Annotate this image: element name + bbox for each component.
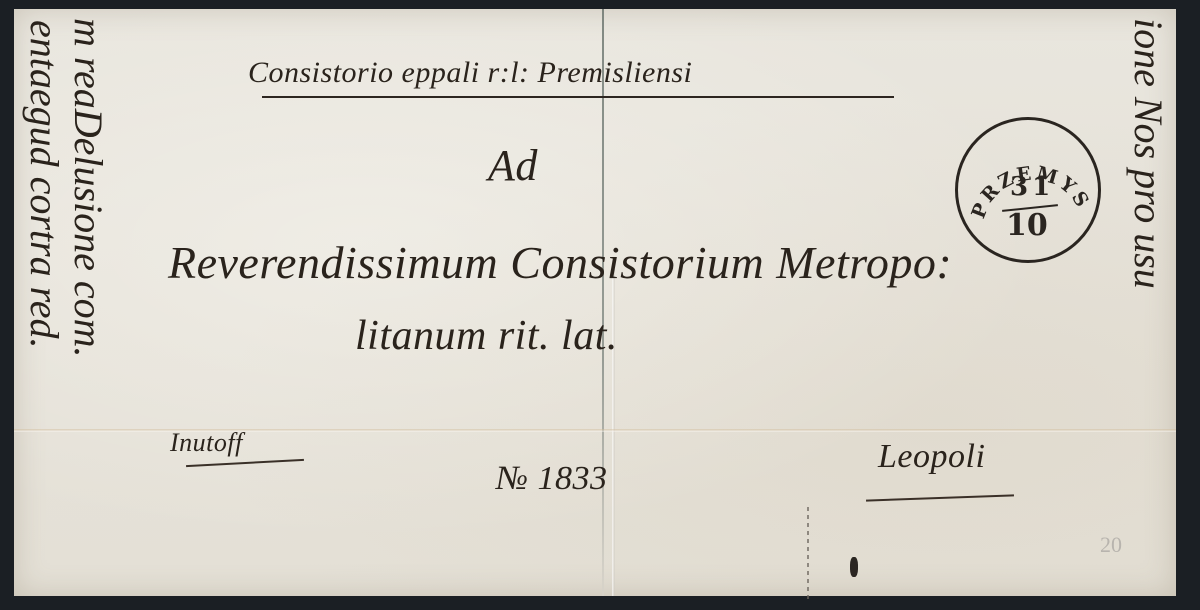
paper-tear <box>807 507 809 603</box>
document-number: № 1833 <box>496 460 608 498</box>
postmark-day: 31 <box>1010 172 1054 202</box>
sender-line: Consistorio eppali r:l: Premisliensi <box>248 56 692 90</box>
destination: Leopoli <box>878 438 985 476</box>
margin-text-left-2: entaegud cortra red. <box>21 20 68 348</box>
margin-text-left-1: m reaDelusione com. <box>65 18 112 358</box>
pencil-note: 20 <box>1100 532 1122 558</box>
salutation: Ad <box>488 140 538 191</box>
margin-text-right: ione Nos pro usu <box>1125 18 1172 289</box>
recipient-line-1: Reverendissimum Consistorium Metropo: <box>168 236 952 289</box>
ink-blot <box>850 557 858 577</box>
postmark-month: 10 <box>1006 208 1048 243</box>
recipient-line-2: litanum rit. lat. <box>355 312 618 360</box>
postmark-stamp: PRZEMYSL 31 10 <box>955 117 1101 263</box>
sender-underline <box>262 96 894 98</box>
endorsement: Inutoff <box>170 428 243 458</box>
